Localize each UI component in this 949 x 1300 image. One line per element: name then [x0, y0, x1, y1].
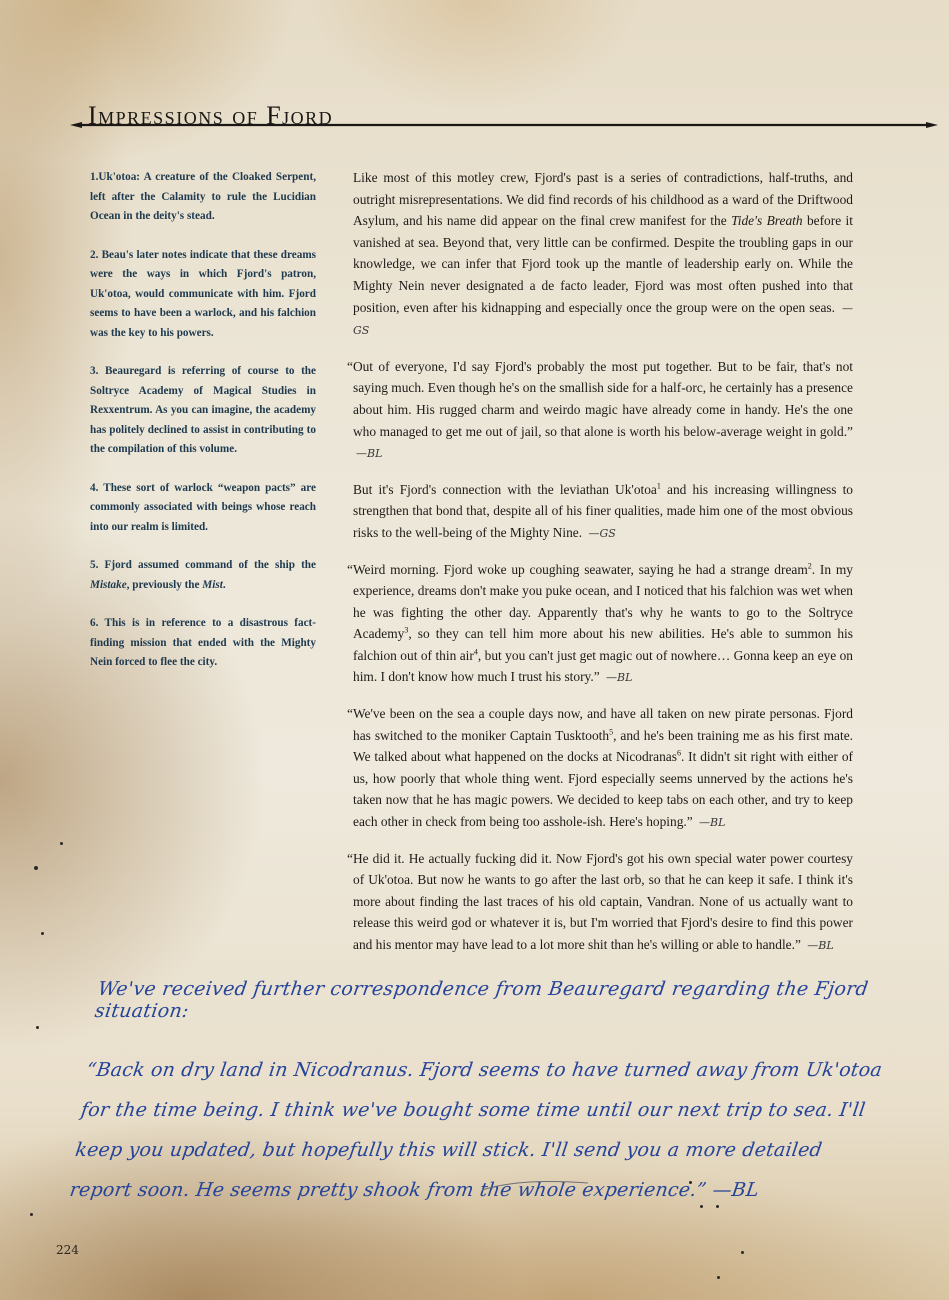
paragraph-text: “Out of everyone, I'd say Fjord's probab… — [347, 359, 853, 439]
paragraph-quote-3: “We've been on the sea a couple days now… — [353, 703, 853, 834]
signature-bl: —BL — [699, 816, 725, 829]
footnote-1: 1.Uk'otoa: A creature of the Cloaked Ser… — [90, 168, 316, 227]
footnote-2: 2. Beau's later notes indicate that thes… — [90, 246, 316, 344]
ink-speck — [36, 1026, 39, 1029]
paragraph-text: “He did it. He actually fucking did it. … — [347, 851, 853, 952]
ink-speck — [741, 1251, 744, 1254]
paragraph-text: before it vanished at sea. Beyond that, … — [353, 213, 853, 314]
footnote-5-text: . — [223, 579, 226, 591]
ship-name-tides-breath: Tide's Breath — [731, 213, 803, 228]
paragraph-connection: But it's Fjord's connection with the lev… — [353, 479, 853, 545]
paragraph-text: But it's Fjord's connection with the lev… — [353, 482, 657, 497]
footnote-3: 3. Beauregard is referring of course to … — [90, 362, 316, 460]
handwritten-intro: We've received further correspondence fr… — [93, 978, 909, 1022]
ship-name-mist: Mist — [202, 579, 223, 591]
signature-gs: —GS — [588, 527, 615, 540]
pen-stroke-decoration — [480, 1178, 590, 1192]
signature-bl: —BL — [606, 671, 632, 684]
title-divider-arrow — [70, 120, 938, 130]
footnote-4: 4. These sort of warlock “weapon pacts” … — [90, 479, 316, 538]
ink-speck — [34, 866, 38, 870]
paragraph-quote-2: “Weird morning. Fjord woke up coughing s… — [353, 559, 853, 690]
paragraph-quote-4: “He did it. He actually fucking did it. … — [353, 848, 853, 957]
footnote-5-text: 5. Fjord assumed command of the ship the — [90, 559, 316, 571]
ship-name-mistake: Mistake — [90, 579, 127, 591]
paragraph-intro: Like most of this motley crew, Fjord's p… — [353, 167, 853, 342]
ink-speck — [60, 842, 63, 845]
ink-speck — [717, 1276, 720, 1279]
paragraph-text: “Weird morning. Fjord woke up coughing s… — [347, 562, 808, 577]
main-text-column: Like most of this motley crew, Fjord's p… — [353, 167, 853, 971]
footnote-5: 5. Fjord assumed command of the ship the… — [90, 556, 316, 595]
footnote-5-text: , previously the — [127, 579, 203, 591]
book-page: Impressions of Fjord 1.Uk'otoa: A creatu… — [0, 0, 949, 1300]
ink-speck — [700, 1205, 703, 1208]
paragraph-quote-1: “Out of everyone, I'd say Fjord's probab… — [353, 356, 853, 465]
page-number: 224 — [56, 1243, 79, 1257]
signature-bl: —BL — [807, 939, 833, 952]
ink-speck — [41, 932, 44, 935]
footnote-6: 6. This is in reference to a disastrous … — [90, 614, 316, 673]
signature-bl: —BL — [356, 447, 382, 460]
ink-speck — [30, 1213, 33, 1216]
ink-speck — [716, 1205, 719, 1208]
footnotes-column: 1.Uk'otoa: A creature of the Cloaked Ser… — [90, 168, 316, 692]
ink-speck — [689, 1181, 692, 1184]
